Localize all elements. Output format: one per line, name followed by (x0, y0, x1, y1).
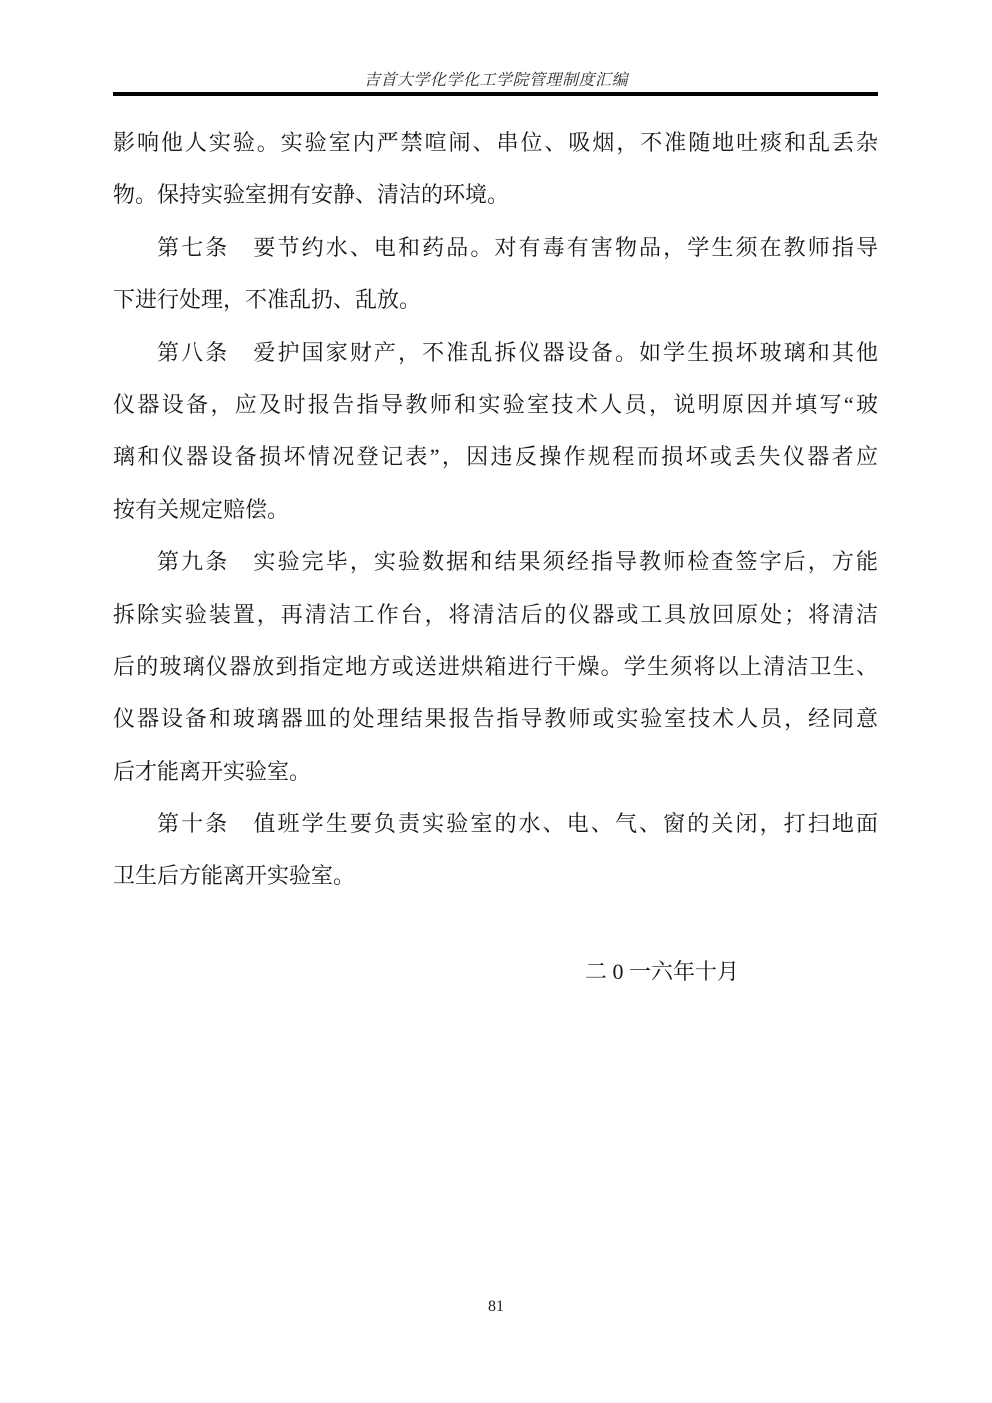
text-line: 影响他人实验。实验室内严禁喧闹、串位、吸烟，不准随地吐痰和乱丢杂 (113, 117, 878, 169)
document-body: 影响他人实验。实验室内严禁喧闹、串位、吸烟，不准随地吐痰和乱丢杂 物。保持实验室… (113, 117, 878, 903)
text-line: 卫生后方能离开实验室。 (113, 850, 878, 902)
date-line: 二 0 一六年十月 (585, 946, 739, 998)
text-line: 按有关规定赔偿。 (113, 484, 878, 536)
text-line: 后的玻璃仪器放到指定地方或送进烘箱进行干燥。学生须将以上清洁卫生、 (113, 641, 878, 693)
header-rule (113, 92, 878, 96)
text-line: 第十条 值班学生要负责实验室的水、电、气、窗的关闭，打扫地面 (113, 798, 878, 850)
text-line: 仪器设备和玻璃器皿的处理结果报告指导教师或实验室技术人员，经同意 (113, 693, 878, 745)
text-line: 第八条 爱护国家财产，不准乱拆仪器设备。如学生损坏玻璃和其他 (113, 327, 878, 379)
text-line: 后才能离开实验室。 (113, 746, 878, 798)
text-line: 拆除实验装置，再清洁工作台，将清洁后的仪器或工具放回原处；将清洁 (113, 589, 878, 641)
document-page: 吉首大学化学化工学院管理制度汇编 影响他人实验。实验室内严禁喧闹、串位、吸烟，不… (0, 0, 992, 1403)
text-line: 仪器设备，应及时报告指导教师和实验室技术人员，说明原因并填写“玻 (113, 379, 878, 431)
page-header-title: 吉首大学化学化工学院管理制度汇编 (0, 67, 992, 90)
text-line: 下进行处理，不准乱扔、乱放。 (113, 274, 878, 326)
page-number: 81 (0, 1298, 992, 1316)
text-line: 第九条 实验完毕，实验数据和结果须经指导教师检查签字后，方能 (113, 536, 878, 588)
text-line: 物。保持实验室拥有安静、清洁的环境。 (113, 169, 878, 221)
text-line: 璃和仪器设备损坏情况登记表”，因违反操作规程而损坏或丢失仪器者应 (113, 431, 878, 483)
text-line: 第七条 要节约水、电和药品。对有毒有害物品，学生须在教师指导 (113, 222, 878, 274)
